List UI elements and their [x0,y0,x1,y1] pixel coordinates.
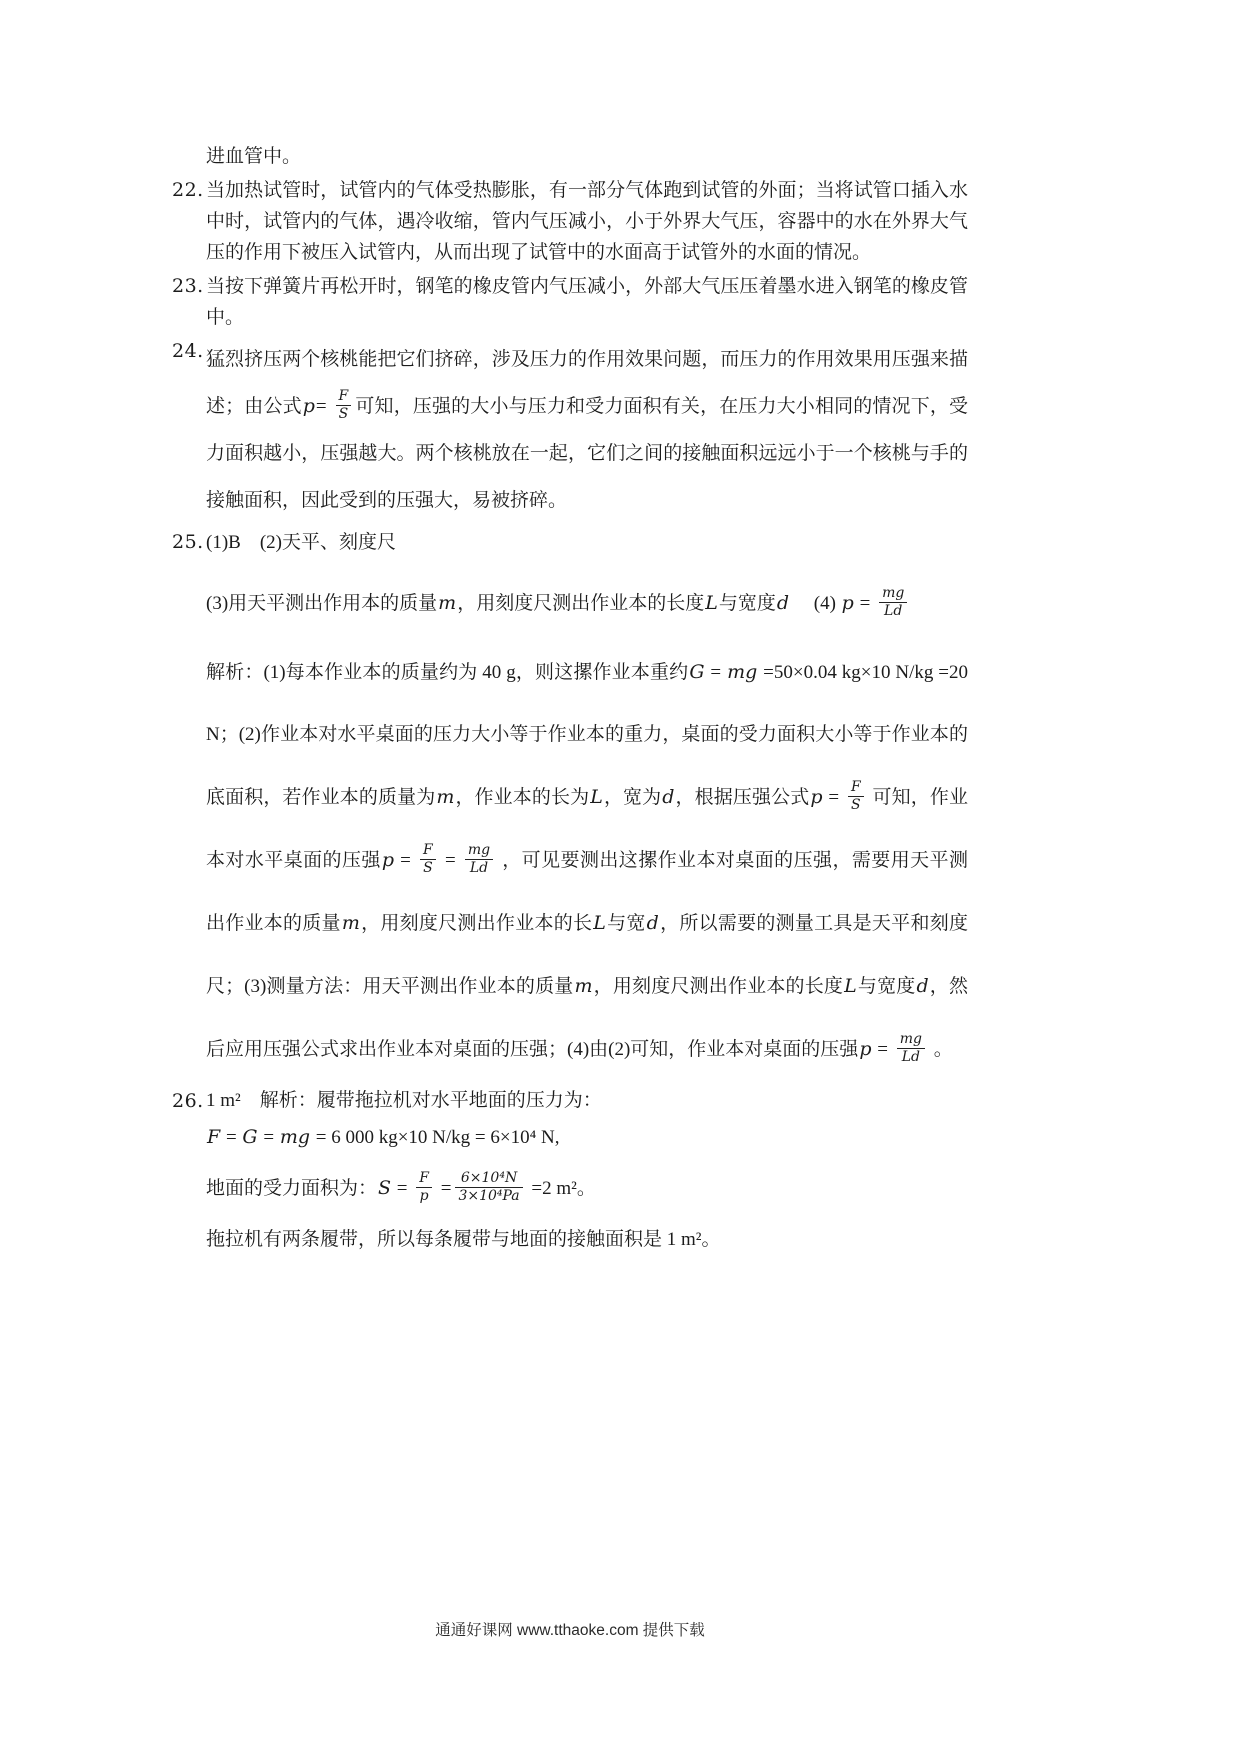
formula-paragraph: F = G = mg = 6 000 kg×10 N/kg = 6×10⁴ N, [206,1120,968,1155]
answer-paragraph: 拖拉机有两条履带，所以每条履带与地面的接触面积是 1 m²。 [206,1223,968,1257]
answer-item-26: 26. 1 m² 解析：履带拖拉机对水平地面的压力为： F = G = mg =… [172,1084,968,1257]
answer-paragraph: 当加热试管时，试管内的气体受热膨胀，有一部分气体跑到试管的外面；当将试管口插入水… [206,175,968,268]
math-variable: p [841,592,855,614]
math-variable: G [688,661,705,683]
math-fraction: mgLd [879,585,907,620]
answer-item-25: 25. (1)B (2)天平、刻度尺 (3)用天平测出作用本的质量m，用刻度尺测… [172,527,968,1081]
math-variable: m [341,912,361,934]
math-variable: m [437,592,457,614]
math-variable: L [589,786,604,808]
answer-paragraph: 猛烈挤压两个核桃能把它们挤碎，涉及压力的作用效果问题，而压力的作用效果用压强来描… [206,336,968,524]
math-fraction: FS [420,842,436,877]
math-fraction: Fp [416,1170,432,1205]
answer-item-21-continuation: 进血管中。 [172,141,968,172]
math-variable: d [776,592,790,614]
math-fraction: 6×10⁴N3×10⁴Pa [455,1170,522,1205]
math-variable: m [435,786,455,808]
math-variable: d [661,786,675,808]
answer-paragraph: 进血管中。 [206,141,968,172]
math-variable: L [592,912,607,934]
math-variable: G [241,1126,258,1148]
math-variable: F [206,1126,221,1148]
math-variable: mg [726,661,758,683]
math-fraction: FS [848,779,864,814]
answer-item-22: 22. 当加热试管时，试管内的气体受热膨胀，有一部分气体跑到试管的外面；当将试管… [172,175,968,268]
math-variable: p [381,849,395,871]
math-variable: mg [279,1126,311,1148]
math-variable: L [843,975,858,997]
answer-paragraph: (1)B (2)天平、刻度尺 [206,527,968,558]
math-fraction: mgLd [465,842,493,877]
answer-paragraph: 1 m² 解析：履带拖拉机对水平地面的压力为： [206,1084,968,1118]
item-number: 22. [172,175,206,206]
item-number: 26. [172,1084,206,1118]
answer-paragraph: (3)用天平测出作用本的质量m，用刻度尺测出作业本的长度L与宽度d (4) p … [206,572,968,635]
math-variable: L [704,592,719,614]
math-variable: p [809,786,823,808]
document-page: 进血管中。 22. 当加热试管时，试管内的气体受热膨胀，有一部分气体跑到试管的外… [0,0,1240,1754]
math-variable: d [915,975,929,997]
formula-paragraph: 地面的受力面积为：S = Fp =6×10⁴N3×10⁴Pa =2 m²。 [206,1171,968,1207]
answer-item-23: 23. 当按下弹簧片再松开时，钢笔的橡皮管内气压减小，外部大气压压着墨水进入钢笔… [172,271,968,333]
item-number: 23. [172,271,206,302]
answer-paragraph: 当按下弹簧片再松开时，钢笔的橡皮管内气压减小，外部大气压压着墨水进入钢笔的橡皮管… [206,271,968,333]
math-variable: S [377,1177,392,1199]
math-variable: d [646,912,660,934]
page-footer: 通通好课网 www.tthaoke.com 提供下载 [172,1618,968,1640]
math-variable: p [302,395,316,417]
analysis-paragraph: 解析：(1)每本作业本的质量约为 40 g，则这摞作业本重约G = mg =50… [206,641,968,1081]
math-fraction: mgLd [897,1031,925,1066]
item-number: 25. [172,527,206,558]
math-fraction: FS [336,388,352,423]
answer-item-24: 24. 猛烈挤压两个核桃能把它们挤碎，涉及压力的作用效果问题，而压力的作用效果用… [172,336,968,524]
item-number: 24. [172,336,206,367]
math-variable: m [573,975,593,997]
math-variable: p [858,1038,872,1060]
